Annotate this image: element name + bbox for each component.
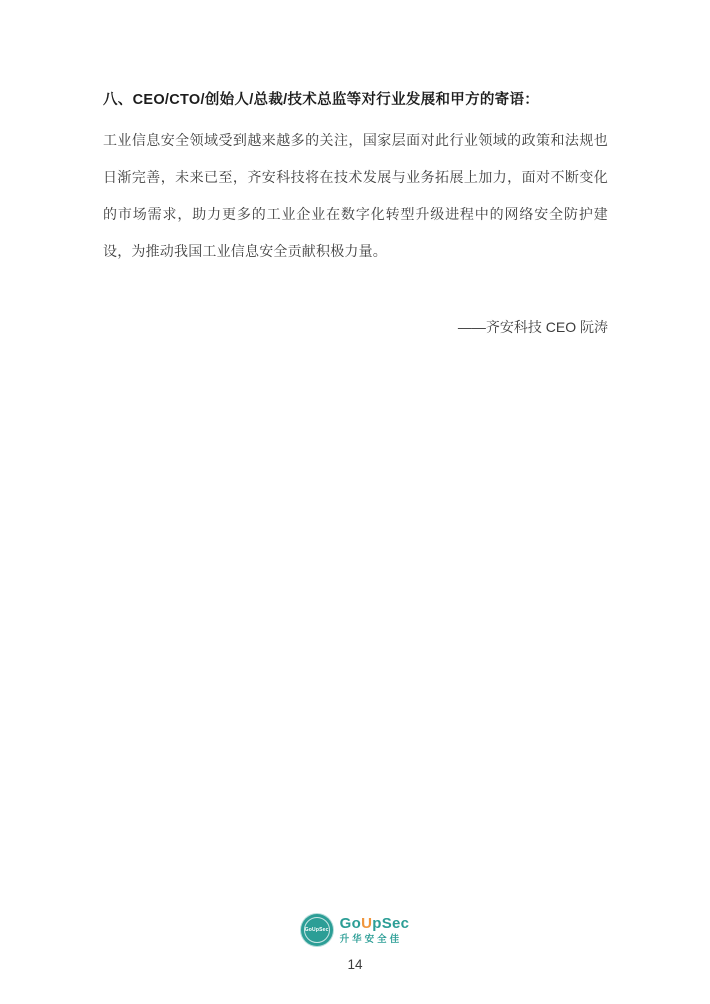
page-number: 14 xyxy=(0,957,710,973)
logo-tagline: 升华安全佳 xyxy=(340,934,410,945)
paragraph-line: 设，为推动我国工业信息安全贡献积极力量。 xyxy=(103,233,608,270)
page-footer: GoUpSec GoUpSec 升华安全佳 14 xyxy=(0,914,710,973)
section-heading: 八、CEO/CTO/创始人/总裁/技术总监等对行业发展和甲方的寄语： xyxy=(103,90,608,110)
attribution-line: ——齐安科技 CEO 阮涛 xyxy=(103,317,608,337)
wordmark-psec: pSec xyxy=(372,915,409,932)
goupsec-logo: GoUpSec GoUpSec 升华安全佳 xyxy=(0,914,710,946)
logo-wordmark: GoUpSec xyxy=(340,916,410,932)
body-paragraph: 工业信息安全领域受到越来越多的关注，国家层面对此行业领域的政策和法规也 日渐完善… xyxy=(103,122,608,270)
paragraph-line: 的市场需求，助力更多的工业企业在数字化转型升级进程中的网络安全防护建 xyxy=(103,196,608,233)
logo-text-block: GoUpSec 升华安全佳 xyxy=(340,916,410,945)
wordmark-go: Go xyxy=(340,915,361,932)
goupsec-badge-icon: GoUpSec xyxy=(301,914,333,946)
badge-label: GoUpSec xyxy=(305,927,329,933)
wordmark-u: U xyxy=(361,915,372,932)
paragraph-line: 日渐完善，未来已至，齐安科技将在技术发展与业务拓展上加力，面对不断变化 xyxy=(103,159,608,196)
paragraph-line: 工业信息安全领域受到越来越多的关注，国家层面对此行业领域的政策和法规也 xyxy=(103,122,608,159)
page-content: 八、CEO/CTO/创始人/总裁/技术总监等对行业发展和甲方的寄语： 工业信息安… xyxy=(103,90,608,337)
document-page: 八、CEO/CTO/创始人/总裁/技术总监等对行业发展和甲方的寄语： 工业信息安… xyxy=(0,0,710,1004)
